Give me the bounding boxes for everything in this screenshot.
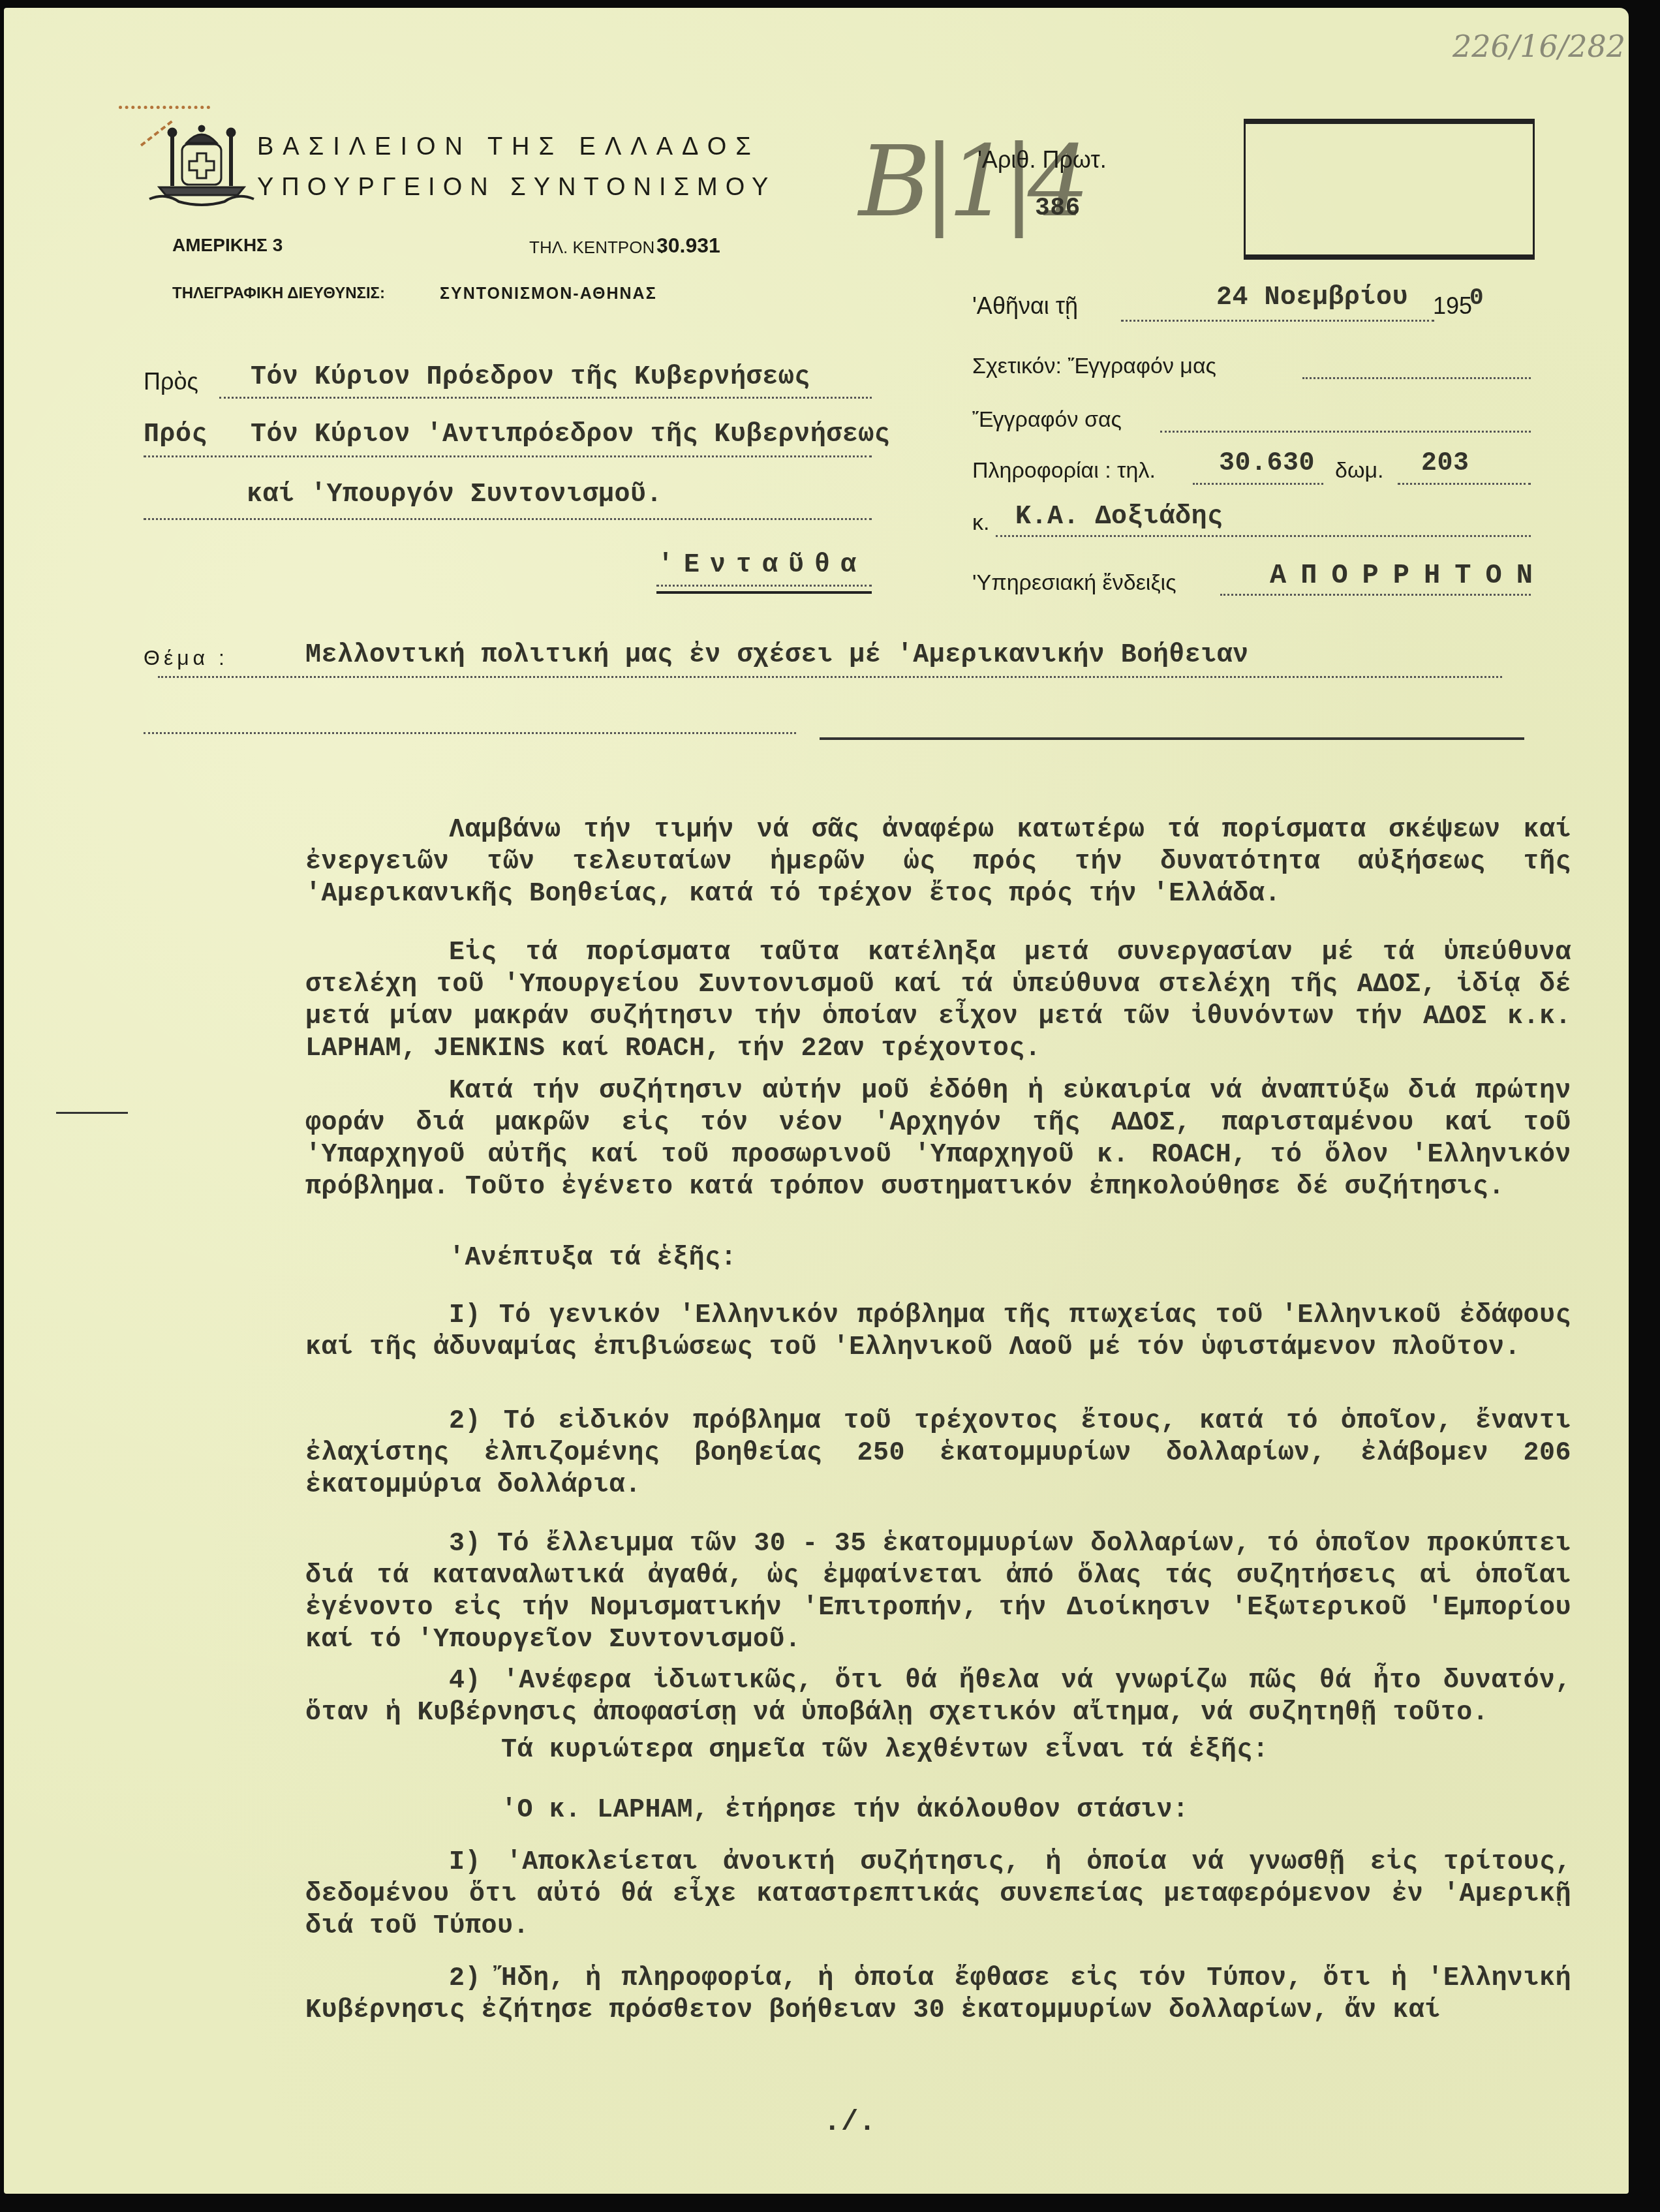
contact-value: Κ.Α. Δοξιάδης [1015, 502, 1223, 532]
letterhead-phone-value: 30.931 [656, 234, 720, 258]
year-prefix: 195 [1433, 292, 1472, 320]
list-item-3: 3) Τό ἔλλειμμα τῶν 30 - 35 ἑκατομμυρίων … [305, 1528, 1571, 1656]
contact-dotline [996, 535, 1531, 537]
classification-dotline [1220, 594, 1531, 596]
recipient-dotline-1 [219, 397, 872, 399]
recipient-2: Τόν Κύριον 'Αντιπρόεδρον τῆς Κυβερνήσεως [251, 420, 890, 450]
info-phone-label: Πληροφορίαι : τηλ. [972, 458, 1156, 484]
room-value: 203 [1421, 449, 1469, 478]
info-phone-dotline [1193, 483, 1323, 485]
recipient-label-2: Πρός [144, 420, 207, 450]
letterhead-phone-label: ΤΗΛ. ΚΕΝΤΡΟΝ : [529, 238, 664, 258]
recipient-dotline-2 [144, 455, 872, 457]
list-item-4: 4) 'Ανέφερα ἰδιωτικῶς, ὅτι θά ἤθελα νά γ… [305, 1665, 1571, 1729]
subject-dotline-2b [820, 737, 1524, 740]
body-paragraph-4: 'Ανέπτυξα τά ἑξῆς: [449, 1242, 1660, 1274]
royal-coat-of-arms-icon [146, 122, 257, 210]
letterhead-telegraph-value: ΣΥΝΤΟΝΙΣΜΟΝ-ΑΘΗΝΑΣ [440, 284, 657, 303]
letterhead-kingdom: ΒΑΣΙΛΕΙΟΝ ΤΗΣ ΕΛΛΑΔΟΣ [257, 133, 760, 161]
related-label: Σχετικόν: Ἔγγραφόν μας [972, 354, 1216, 379]
body-paragraph-1: Λαμβάνω τήν τιμήν νά σᾶς ἀναφέρω κατωτέρ… [305, 814, 1571, 910]
classification-label: 'Υπηρεσιακή ἔνδειξις [972, 570, 1176, 596]
room-label: δωμ. [1335, 458, 1384, 484]
year-suffix: 0 [1469, 284, 1484, 311]
list-item-2: 2) Τό εἰδικόν πρόβλημα τοῦ τρέχοντος ἔτο… [305, 1406, 1571, 1501]
body-paragraph-2: Εἰς τά πορίσματα ταῦτα κατέληξα μετά συν… [305, 937, 1571, 1065]
location-dotline [656, 585, 872, 587]
recipient-label-1: Πρὸς [144, 368, 198, 395]
your-document-dotline [1160, 431, 1531, 433]
date-dotline [1121, 320, 1434, 322]
body-paragraph-3: Κατά τήν συζήτησιν αὐτήν μοῦ ἐδόθη ἡ εὐκ… [305, 1075, 1571, 1203]
recipient-3: καί 'Υπουργόν Συντονισμοῦ. [247, 480, 662, 510]
lapham-point-2: 2) Ἤδη, ἡ πληροφορία, ἡ ὁποία ἔφθασε εἰς… [305, 1963, 1571, 2027]
letterhead-telegraph-label: ΤΗΛΕΓΡΑΦΙΚΗ ΔΙΕΥΘΥΝΣΙΣ: [172, 284, 385, 303]
room-dotline [1398, 483, 1531, 485]
stamp-box [1244, 119, 1535, 260]
subject-dotline [158, 676, 1502, 678]
recipient-1: Τόν Κύριον Πρόεδρον τῆς Κυβερνήσεως [251, 363, 810, 392]
subject-value: Μελλοντική πολιτική μας ἐν σχέσει μέ 'Αμ… [305, 641, 1249, 670]
rust-stain [119, 106, 210, 113]
protocol-number-label: 'Αριθ. Πρωτ. [977, 146, 1107, 174]
classification-value: ΑΠΟΡΡΗΤΟΝ [1270, 560, 1547, 591]
body-paragraph-5: Τά κυριώτερα σημεῖα τῶν λεχθέντων εἶναι … [501, 1734, 1660, 1766]
body-paragraph-6: 'Ο κ. LAPHAM, ἐτήρησε τήν ἀκόλουθον στάσ… [501, 1794, 1660, 1826]
recipient-location: 'Ενταῦθα [658, 551, 867, 580]
list-item-1: Ι) Τό γενικόν 'Ελληνικόν πρόβλημα τῆς πτ… [305, 1300, 1571, 1364]
date-label: 'Αθῆναι τῇ [972, 292, 1078, 320]
document-page: ΒΑΣΙΛΕΙΟΝ ΤΗΣ ΕΛΛΑΔΟΣ ΥΠΟΥΡΓΕΙΟΝ ΣΥΝΤΟΝΙ… [4, 8, 1629, 2194]
info-phone-value: 30.630 [1219, 449, 1315, 478]
contact-label: κ. [972, 510, 989, 536]
date-value: 24 Νοεμβρίου [1216, 283, 1408, 313]
margin-mark [56, 1112, 128, 1114]
location-underline [656, 591, 872, 594]
subject-label: Θέμα : [144, 646, 228, 670]
archive-number: 226/16/282 [1452, 29, 1625, 64]
recipient-dotline-3 [144, 518, 872, 520]
continuation-mark: ./. [823, 2106, 876, 2139]
subject-dotline-2a [144, 732, 796, 734]
lapham-point-1: Ι) 'Αποκλείεται ἀνοικτή συζήτησις, ἡ ὁπο… [305, 1847, 1571, 1943]
protocol-number-value: 386 [1035, 194, 1081, 223]
related-dotline [1302, 377, 1531, 379]
letterhead-address: ΑΜΕΡΙΚΗΣ 3 [172, 235, 283, 256]
letterhead-ministry: ΥΠΟΥΡΓΕΙΟΝ ΣΥΝΤΟΝΙΣΜΟΥ [257, 174, 776, 202]
your-document-label: Ἔγγραφόν σας [972, 407, 1122, 433]
